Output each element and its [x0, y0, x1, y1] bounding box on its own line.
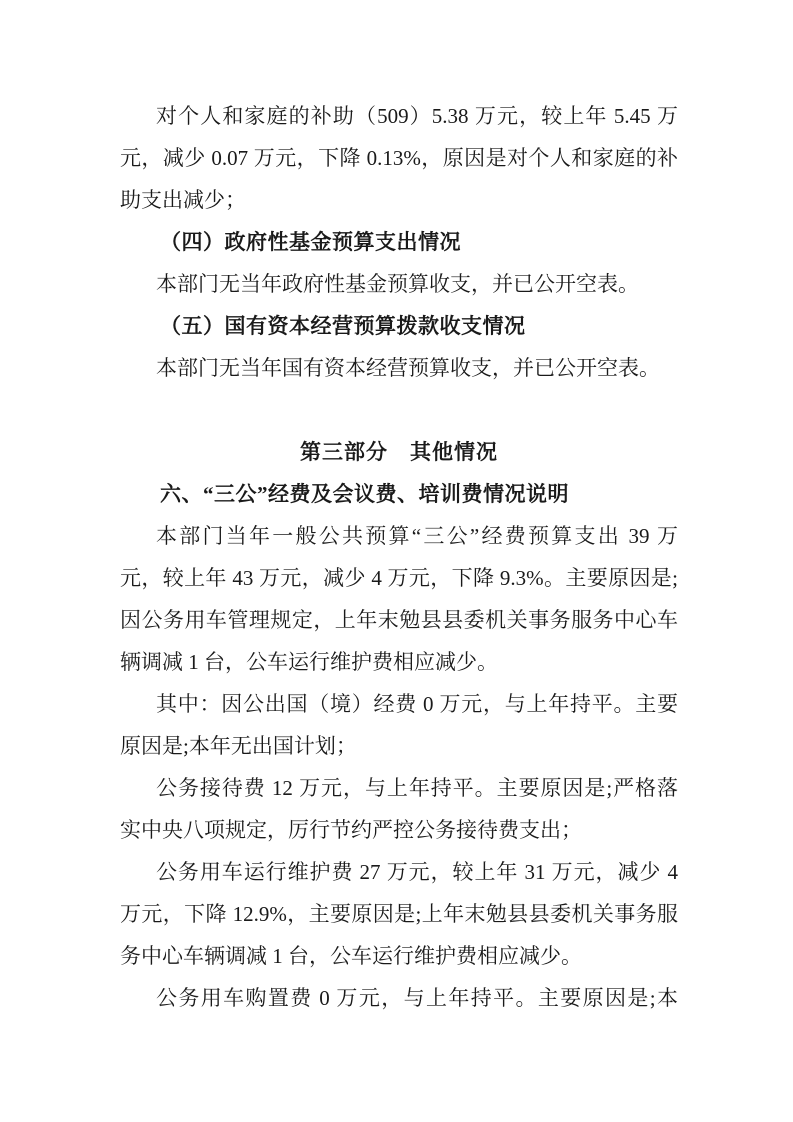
- text-line: 实中央八项规定，厉行节约严控公务接待费支出；: [120, 809, 678, 851]
- text-line: 元，减少 0.07 万元，下降 0.13%，原因是对个人和家庭的补: [120, 137, 678, 179]
- text-line: 对个人和家庭的补助（509）5.38 万元，较上年 5.45 万: [120, 95, 678, 137]
- text-line: 因公务用车管理规定，上年末勉县县委机关事务服务中心车: [120, 599, 678, 641]
- text-line: 公务接待费 12 万元，与上年持平。主要原因是;严格落: [120, 767, 678, 809]
- text-line: 万元，下降 12.9%，主要原因是;上年末勉县县委机关事务服: [120, 893, 678, 935]
- text-line: 辆调减 1 台，公车运行维护费相应减少。: [120, 641, 678, 683]
- section-heading: （四）政府性基金预算支出情况: [120, 221, 678, 263]
- text-line: 本部门无当年政府性基金预算收支，并已公开空表。: [120, 263, 678, 305]
- document-content: 对个人和家庭的补助（509）5.38 万元，较上年 5.45 万元，减少 0.0…: [120, 95, 678, 1019]
- paragraph: 其中：因公出国（境）经费 0 万元，与上年持平。主要原因是;本年无出国计划；: [120, 683, 678, 767]
- document-page: 对个人和家庭的补助（509）5.38 万元，较上年 5.45 万元，减少 0.0…: [0, 0, 793, 1122]
- text-line: 公务用车购置费 0 万元，与上年持平。主要原因是;本: [120, 977, 678, 1019]
- text-line: 本部门无当年国有资本经营预算收支，并已公开空表。: [120, 347, 678, 389]
- blank-line: [120, 389, 678, 431]
- text-line: 元，较上年 43 万元，减少 4 万元，下降 9.3%。主要原因是;: [120, 557, 678, 599]
- text-line: 本部门当年一般公共预算“三公”经费预算支出 39 万: [120, 515, 678, 557]
- paragraph: 本部门无当年国有资本经营预算收支，并已公开空表。: [120, 347, 678, 389]
- text-line: 助支出减少；: [120, 179, 678, 221]
- paragraph: 公务接待费 12 万元，与上年持平。主要原因是;严格落实中央八项规定，厉行节约严…: [120, 767, 678, 851]
- section-heading: （五）国有资本经营预算拨款收支情况: [120, 305, 678, 347]
- paragraph: 对个人和家庭的补助（509）5.38 万元，较上年 5.45 万元，减少 0.0…: [120, 95, 678, 221]
- paragraph: 本部门无当年政府性基金预算收支，并已公开空表。: [120, 263, 678, 305]
- section-heading: 六、“三公”经费及会议费、培训费情况说明: [120, 473, 678, 515]
- text-line: 其中：因公出国（境）经费 0 万元，与上年持平。主要: [120, 683, 678, 725]
- text-line: 务中心车辆调减 1 台，公车运行维护费相应减少。: [120, 935, 678, 977]
- paragraph: 公务用车运行维护费 27 万元，较上年 31 万元，减少 4万元，下降 12.9…: [120, 851, 678, 977]
- paragraph: 本部门当年一般公共预算“三公”经费预算支出 39 万元，较上年 43 万元，减少…: [120, 515, 678, 683]
- text-line: 公务用车运行维护费 27 万元，较上年 31 万元，减少 4: [120, 851, 678, 893]
- paragraph: 公务用车购置费 0 万元，与上年持平。主要原因是;本: [120, 977, 678, 1019]
- part-heading: 第三部分 其他情况: [120, 431, 678, 473]
- text-line: 原因是;本年无出国计划；: [120, 725, 678, 767]
